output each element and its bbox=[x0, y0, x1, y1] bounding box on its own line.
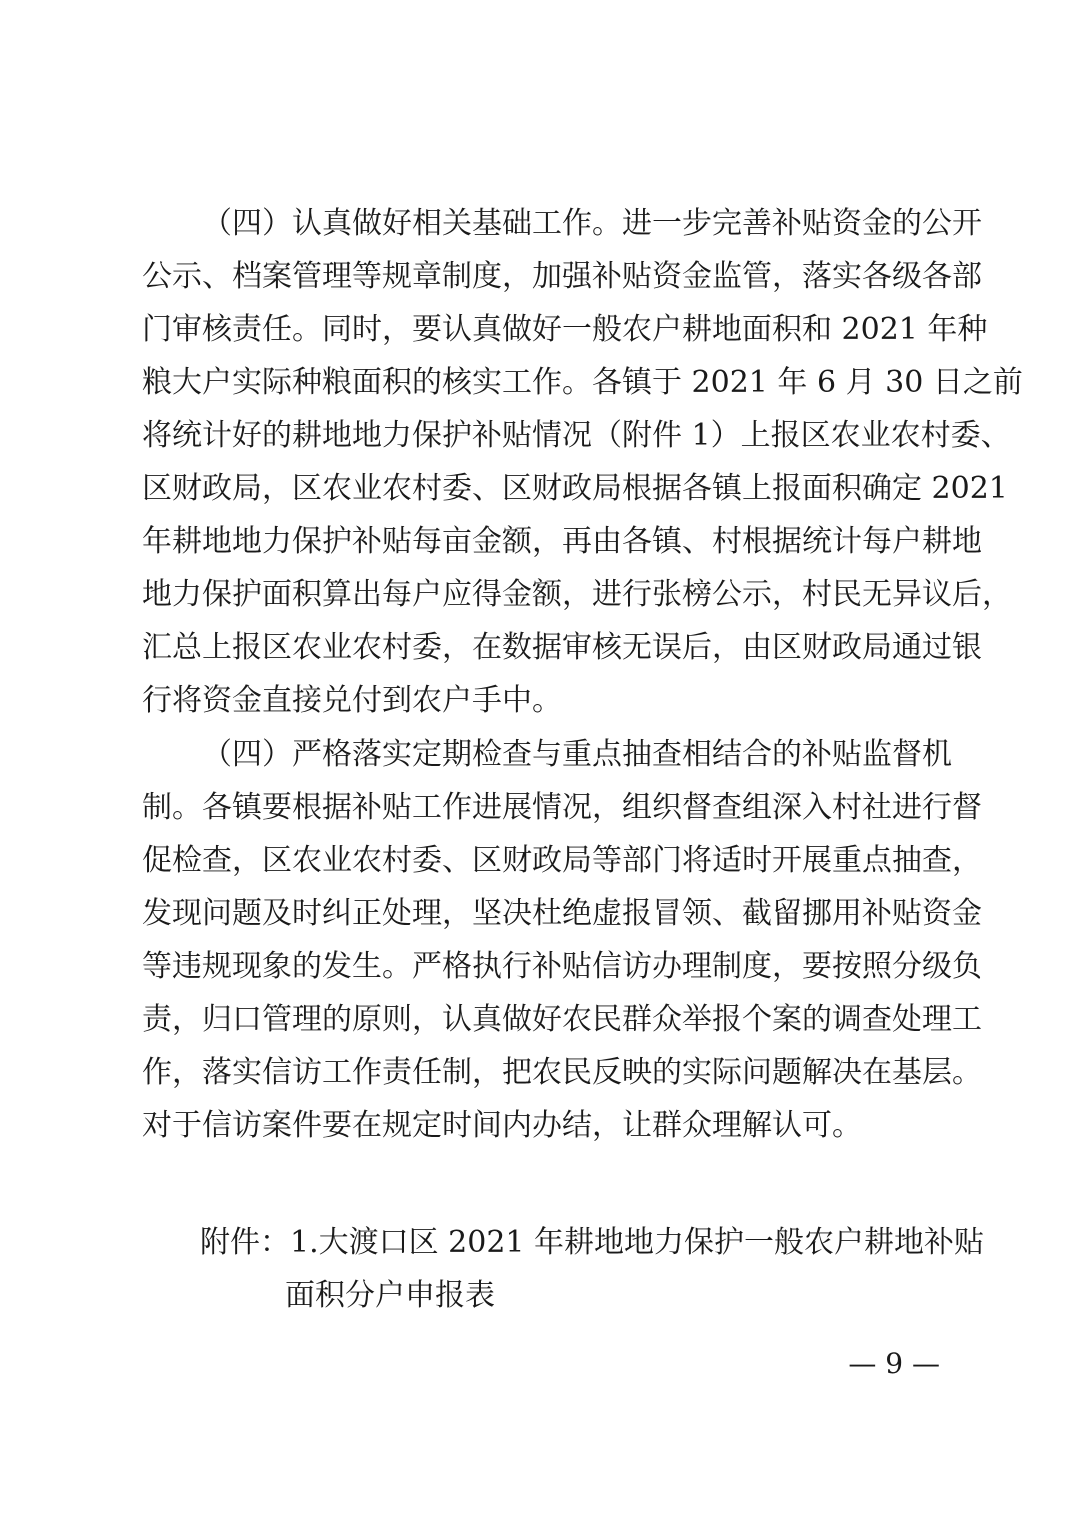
document-page: （四）认真做好相关基础工作。进一步完善补贴资金的公开 公示、档案管理等规章制度，… bbox=[0, 0, 1074, 1520]
paragraph-line: 对于信访案件要在规定时间内办结，让群众理解认可。 bbox=[142, 1106, 942, 1146]
paragraph-line: 责，归口管理的原则，认真做好农民群众举报个案的调查处理工 bbox=[142, 1000, 942, 1040]
paragraph-line: 区财政局，区农业农村委、区财政局根据各镇上报面积确定 2021 bbox=[142, 469, 942, 509]
paragraph-line: 粮大户实际种粮面积的核实工作。各镇于 2021 年 6 月 30 日之前 bbox=[142, 363, 942, 403]
attachment-line-continued: 面积分户申报表 bbox=[285, 1276, 585, 1316]
paragraph-line: 汇总上报区农业农村委，在数据审核无误后，由区财政局通过银 bbox=[142, 628, 942, 668]
paragraph-line: （四）认真做好相关基础工作。进一步完善补贴资金的公开 bbox=[202, 204, 942, 244]
paragraph-line: 公示、档案管理等规章制度，加强补贴资金监管，落实各级各部 bbox=[142, 257, 942, 297]
paragraph-line: 促检查，区农业农村委、区财政局等部门将适时开展重点抽查， bbox=[142, 841, 942, 881]
paragraph-line: 作，落实信访工作责任制，把农民反映的实际问题解决在基层。 bbox=[142, 1053, 942, 1093]
paragraph-line: 发现问题及时纠正处理，坚决杜绝虚报冒领、截留挪用补贴资金 bbox=[142, 894, 942, 934]
paragraph-line: （四）严格落实定期检查与重点抽查相结合的补贴监督机 bbox=[202, 735, 942, 775]
page-number: — 9 — bbox=[840, 1346, 940, 1382]
paragraph-line: 门审核责任。同时，要认真做好一般农户耕地面积和 2021 年种 bbox=[142, 310, 942, 350]
paragraph-line: 等违规现象的发生。严格执行补贴信访办理制度，要按照分级负 bbox=[142, 947, 942, 987]
paragraph-line: 地力保护面积算出每户应得金额，进行张榜公示，村民无异议后， bbox=[142, 575, 942, 615]
paragraph-line: 年耕地地力保护补贴每亩金额，再由各镇、村根据统计每户耕地 bbox=[142, 522, 942, 562]
paragraph-line: 行将资金直接兑付到农户手中。 bbox=[142, 681, 942, 721]
paragraph-line: 制。各镇要根据补贴工作进展情况，组织督查组深入村社进行督 bbox=[142, 788, 942, 828]
attachment-line: 附件：1.大渡口区 2021 年耕地地力保护一般农户耕地补贴 bbox=[200, 1223, 942, 1263]
paragraph-line: 将统计好的耕地地力保护补贴情况（附件 1）上报区农业农村委、 bbox=[142, 416, 942, 456]
